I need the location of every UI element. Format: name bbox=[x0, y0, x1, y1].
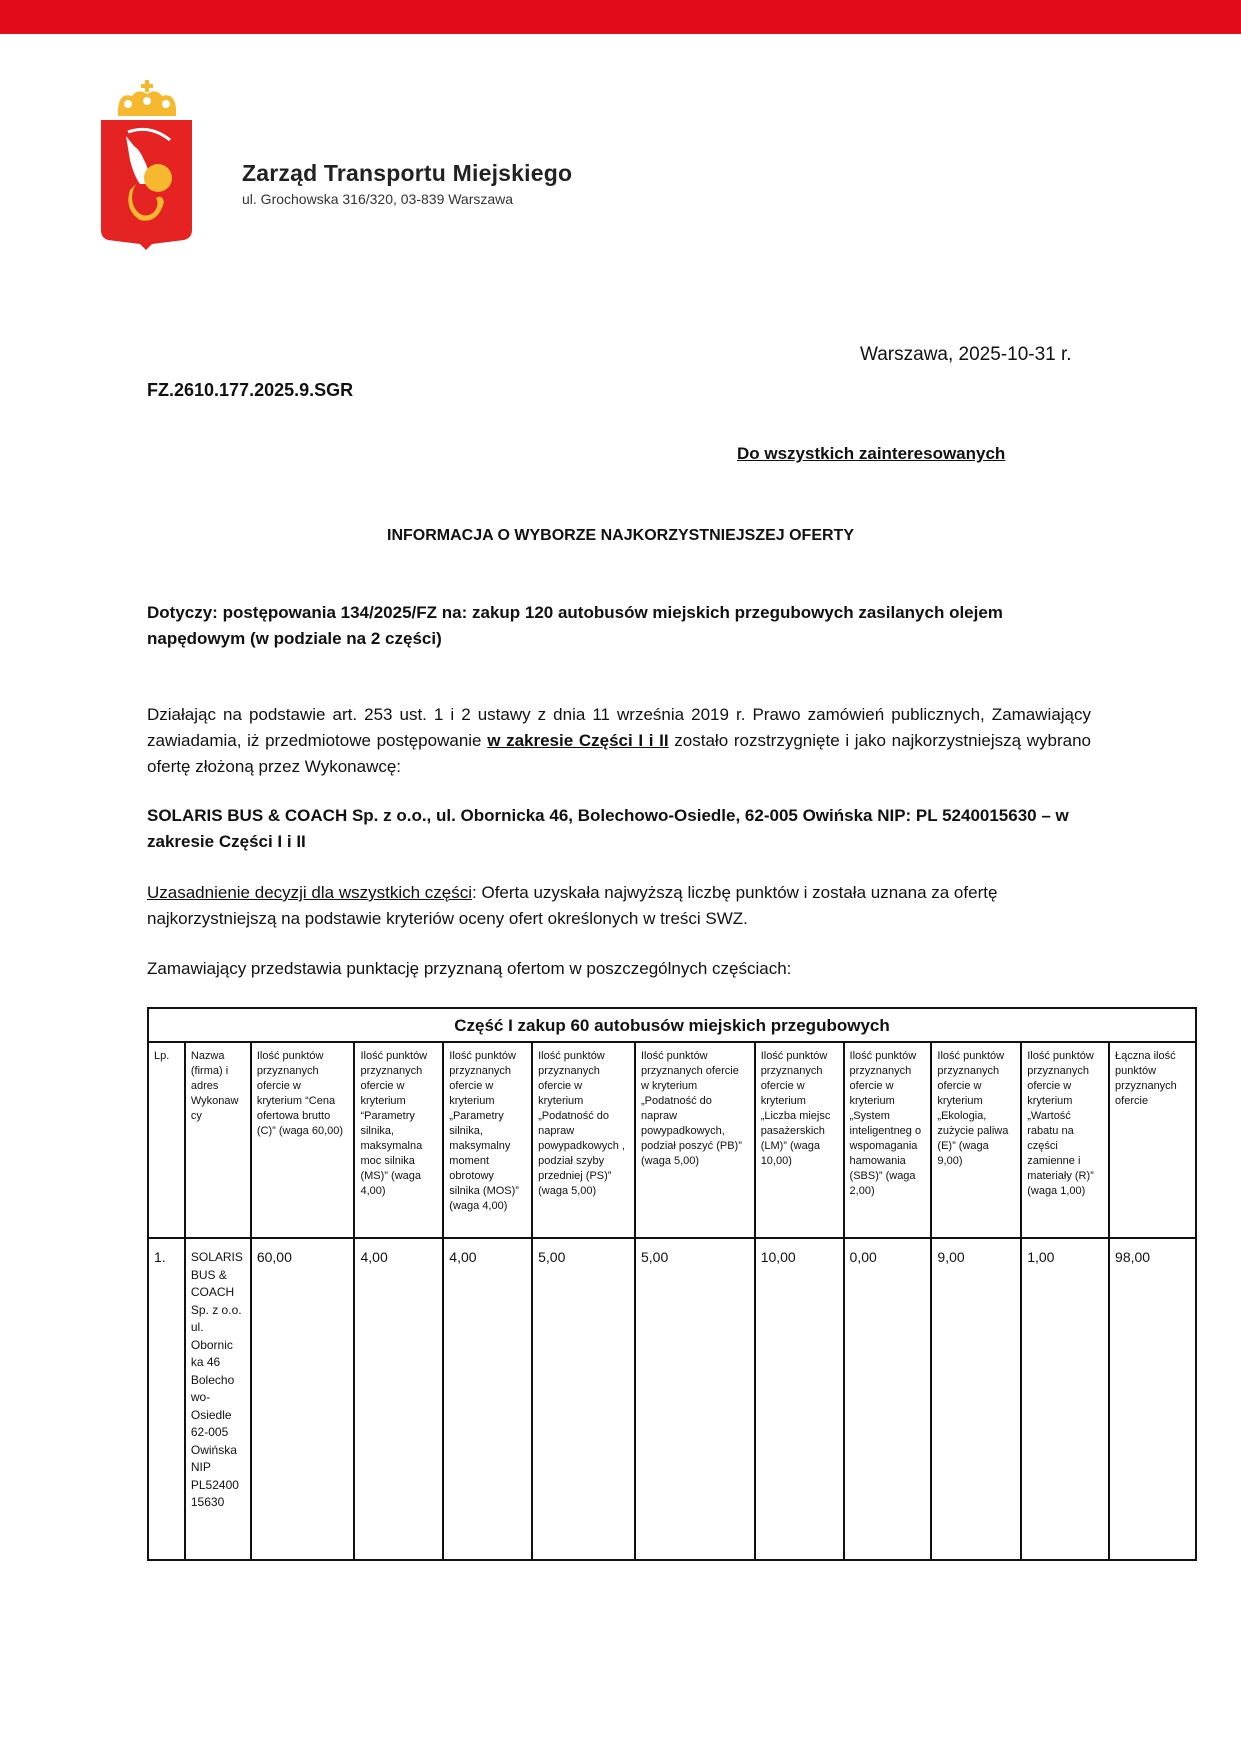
winning-contractor: SOLARIS BUS & COACH Sp. z o.o., ul. Obor… bbox=[147, 803, 1091, 855]
organization-address: ul. Grochowska 316/320, 03-839 Warszawa bbox=[242, 191, 572, 207]
cell-price: 60,00 bbox=[251, 1238, 355, 1560]
column-header-contractor: Nazwa (firma) i adres Wykonaw cy bbox=[185, 1042, 251, 1238]
table-row: 1. SOLARIS BUS & COACH Sp. z o.o. ul. Ob… bbox=[148, 1238, 1196, 1560]
column-header-engine-torque: Ilość punktów przyznanych ofercie w kryt… bbox=[443, 1042, 532, 1238]
cell-braking-system: 0,00 bbox=[844, 1238, 932, 1560]
column-header-windshield-repair: Ilość punktów przyznanych ofercie w kryt… bbox=[532, 1042, 635, 1238]
table-header-row: Lp. Nazwa (firma) i adres Wykonaw cy Ilo… bbox=[148, 1042, 1196, 1238]
cell-ecology: 9,00 bbox=[931, 1238, 1021, 1560]
table-caption: Część I zakup 60 autobusów miejskich prz… bbox=[148, 1008, 1196, 1042]
organization-header: Zarząd Transportu Miejskiego ul. Grochow… bbox=[242, 160, 572, 207]
reference-number: FZ.2610.177.2025.9.SGR bbox=[147, 380, 353, 401]
cell-windshield-repair: 5,00 bbox=[532, 1238, 635, 1560]
cell-passenger-seats: 10,00 bbox=[755, 1238, 844, 1560]
cell-lp: 1. bbox=[148, 1238, 185, 1560]
column-header-passenger-seats: Ilość punktów przyznanych ofercie w kryt… bbox=[755, 1042, 844, 1238]
column-header-braking-system: Ilość punktów przyznanych ofercie w kryt… bbox=[844, 1042, 932, 1238]
warsaw-coat-of-arms-icon bbox=[100, 80, 200, 250]
decision-paragraph: Działając na podstawie art. 253 ust. 1 i… bbox=[147, 702, 1091, 780]
organization-name: Zarząd Transportu Miejskiego bbox=[242, 160, 572, 187]
column-header-total: Łączna ilość punktów przyznanych ofercie bbox=[1109, 1042, 1196, 1238]
addressee: Do wszystkich zainteresowanych bbox=[737, 444, 1005, 464]
letter-date: Warszawa, 2025-10-31 r. bbox=[860, 344, 1072, 366]
cell-contractor: SOLARIS BUS & COACH Sp. z o.o. ul. Oborn… bbox=[185, 1238, 251, 1560]
column-header-body-panel-repair: Ilość punktów przyznanych ofercie w kryt… bbox=[635, 1042, 755, 1238]
column-header-engine-power: Ilość punktów przyznanych ofercie w kryt… bbox=[354, 1042, 443, 1238]
column-header-lp: Lp. bbox=[148, 1042, 185, 1238]
cell-total: 98,00 bbox=[1109, 1238, 1196, 1560]
column-header-ecology: Ilość punktów przyznanych ofercie w kryt… bbox=[931, 1042, 1021, 1238]
justification-paragraph: Uzasadnienie decyzji dla wszystkich częś… bbox=[147, 880, 1091, 932]
column-header-price: Ilość punktów przyznanych ofercie w kryt… bbox=[251, 1042, 355, 1238]
column-header-discount: Ilość punktów przyznanych ofercie w kryt… bbox=[1021, 1042, 1109, 1238]
subject-line: Dotyczy: postępowania 134/2025/FZ na: za… bbox=[147, 600, 1091, 652]
cell-discount: 1,00 bbox=[1021, 1238, 1109, 1560]
cell-engine-power: 4,00 bbox=[354, 1238, 443, 1560]
document-title: INFORMACJA O WYBORZE NAJKORZYSTNIEJSZEJ … bbox=[0, 527, 1241, 545]
brand-bar bbox=[0, 0, 1241, 34]
justification-label: Uzasadnienie decyzji dla wszystkich częś… bbox=[147, 883, 472, 902]
cell-body-panel-repair: 5,00 bbox=[635, 1238, 755, 1560]
scores-intro: Zamawiający przedstawia punktację przyzn… bbox=[147, 956, 1091, 982]
decision-scope: w zakresie Części I i II bbox=[487, 731, 668, 750]
cell-engine-torque: 4,00 bbox=[443, 1238, 532, 1560]
scores-table: Część I zakup 60 autobusów miejskich prz… bbox=[147, 1007, 1197, 1561]
